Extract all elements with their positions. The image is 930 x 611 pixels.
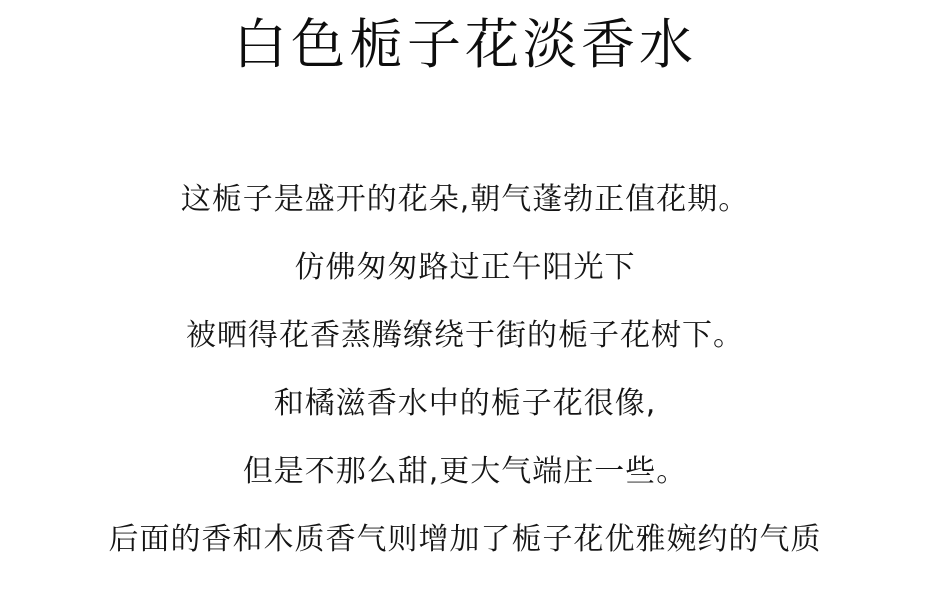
description-line: 这栀子是盛开的花朵,朝气蓬勃正值花期。	[0, 166, 930, 234]
description-line: 但是不那么甜,更大气端庄一些。	[0, 438, 930, 506]
description-line: 被晒得花香蒸腾缭绕于街的栀子花树下。	[0, 302, 930, 370]
description-line: 和橘滋香水中的栀子花很像,	[0, 370, 930, 438]
description-line: 仿佛匆匆路过正午阳光下	[0, 234, 930, 302]
description-paragraph: 这栀子是盛开的花朵,朝气蓬勃正值花期。 仿佛匆匆路过正午阳光下 被晒得花香蒸腾缭…	[0, 166, 930, 574]
description-line: 后面的香和木质香气则增加了栀子花优雅婉约的气质	[0, 506, 930, 574]
page-title: 白色栀子花淡香水	[0, 10, 930, 80]
